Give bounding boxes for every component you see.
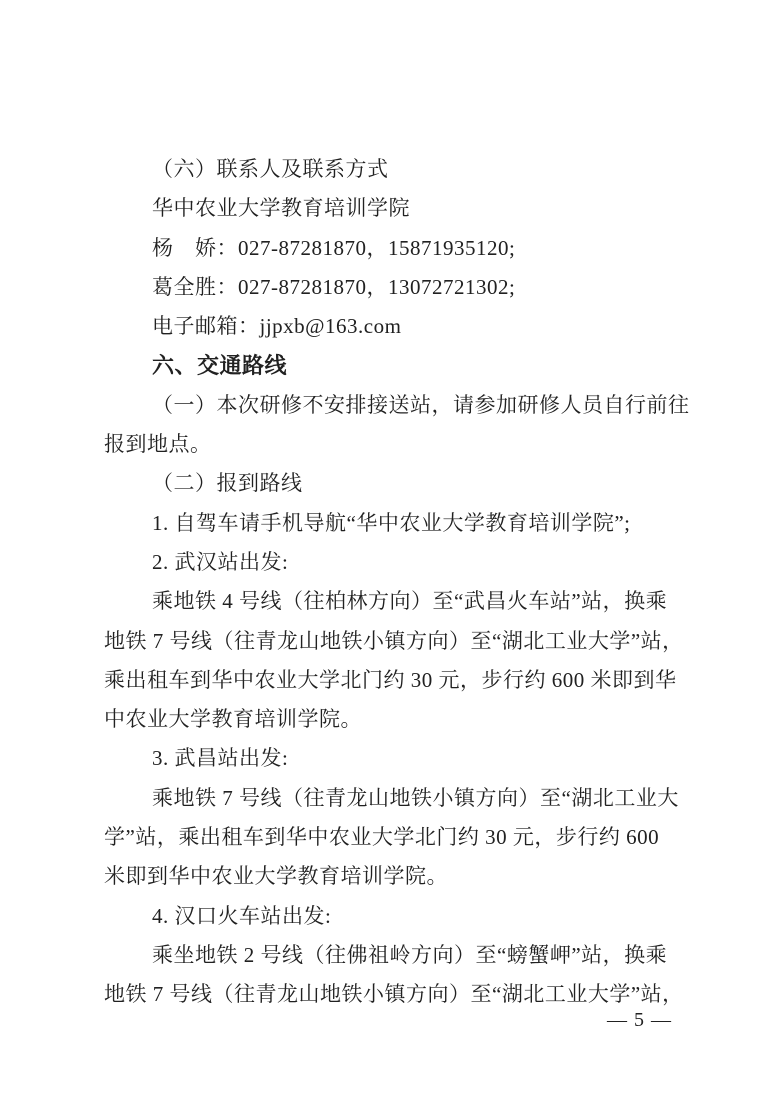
document-page: （六）联系人及联系方式华中农业大学教育培训学院杨 娇：027-87281870，… [0,0,780,1111]
text-line: 乘坐地铁 2 号线（往佛祖岭方向）至“螃蟹岬”站，换乘 [104,936,704,975]
text-line: （二）报到路线 [104,464,704,503]
text-line: 报到地点。 [104,425,704,464]
text-line: 乘出租车到华中农业大学北门约 30 元，步行约 600 米即到华 [104,661,704,700]
text-line: 杨 娇：027-87281870，15871935120; [104,229,704,268]
text-line: 米即到华中农业大学教育培训学院。 [104,857,704,896]
text-line: 乘地铁 4 号线（往柏林方向）至“武昌火车站”站，换乘 [104,582,704,621]
text-line: 4. 汉口火车站出发: [104,897,704,936]
text-line: （一）本次研修不安排接送站，请参加研修人员自行前往 [104,386,704,425]
text-block: （六）联系人及联系方式华中农业大学教育培训学院杨 娇：027-87281870，… [104,150,704,1015]
text-line: 中农业大学教育培训学院。 [104,700,704,739]
text-line: 葛全胜：027-87281870，13072721302; [104,268,704,307]
page-number: — 5 — [607,1007,672,1033]
text-line: （六）联系人及联系方式 [104,150,704,189]
text-line: 华中农业大学教育培训学院 [104,189,704,228]
text-line: 地铁 7 号线（往青龙山地铁小镇方向）至“湖北工业大学”站， [104,622,704,661]
section-heading: 六、交通路线 [104,346,704,385]
text-line: 2. 武汉站出发: [104,543,704,582]
text-line: 3. 武昌站出发: [104,739,704,778]
text-line: 电子邮箱：jjpxb@163.com [104,307,704,346]
text-line: 学”站，乘出租车到华中农业大学北门约 30 元，步行约 600 [104,818,704,857]
text-line: 乘地铁 7 号线（往青龙山地铁小镇方向）至“湖北工业大 [104,779,704,818]
text-line: 1. 自驾车请手机导航“华中农业大学教育培训学院”; [104,504,704,543]
